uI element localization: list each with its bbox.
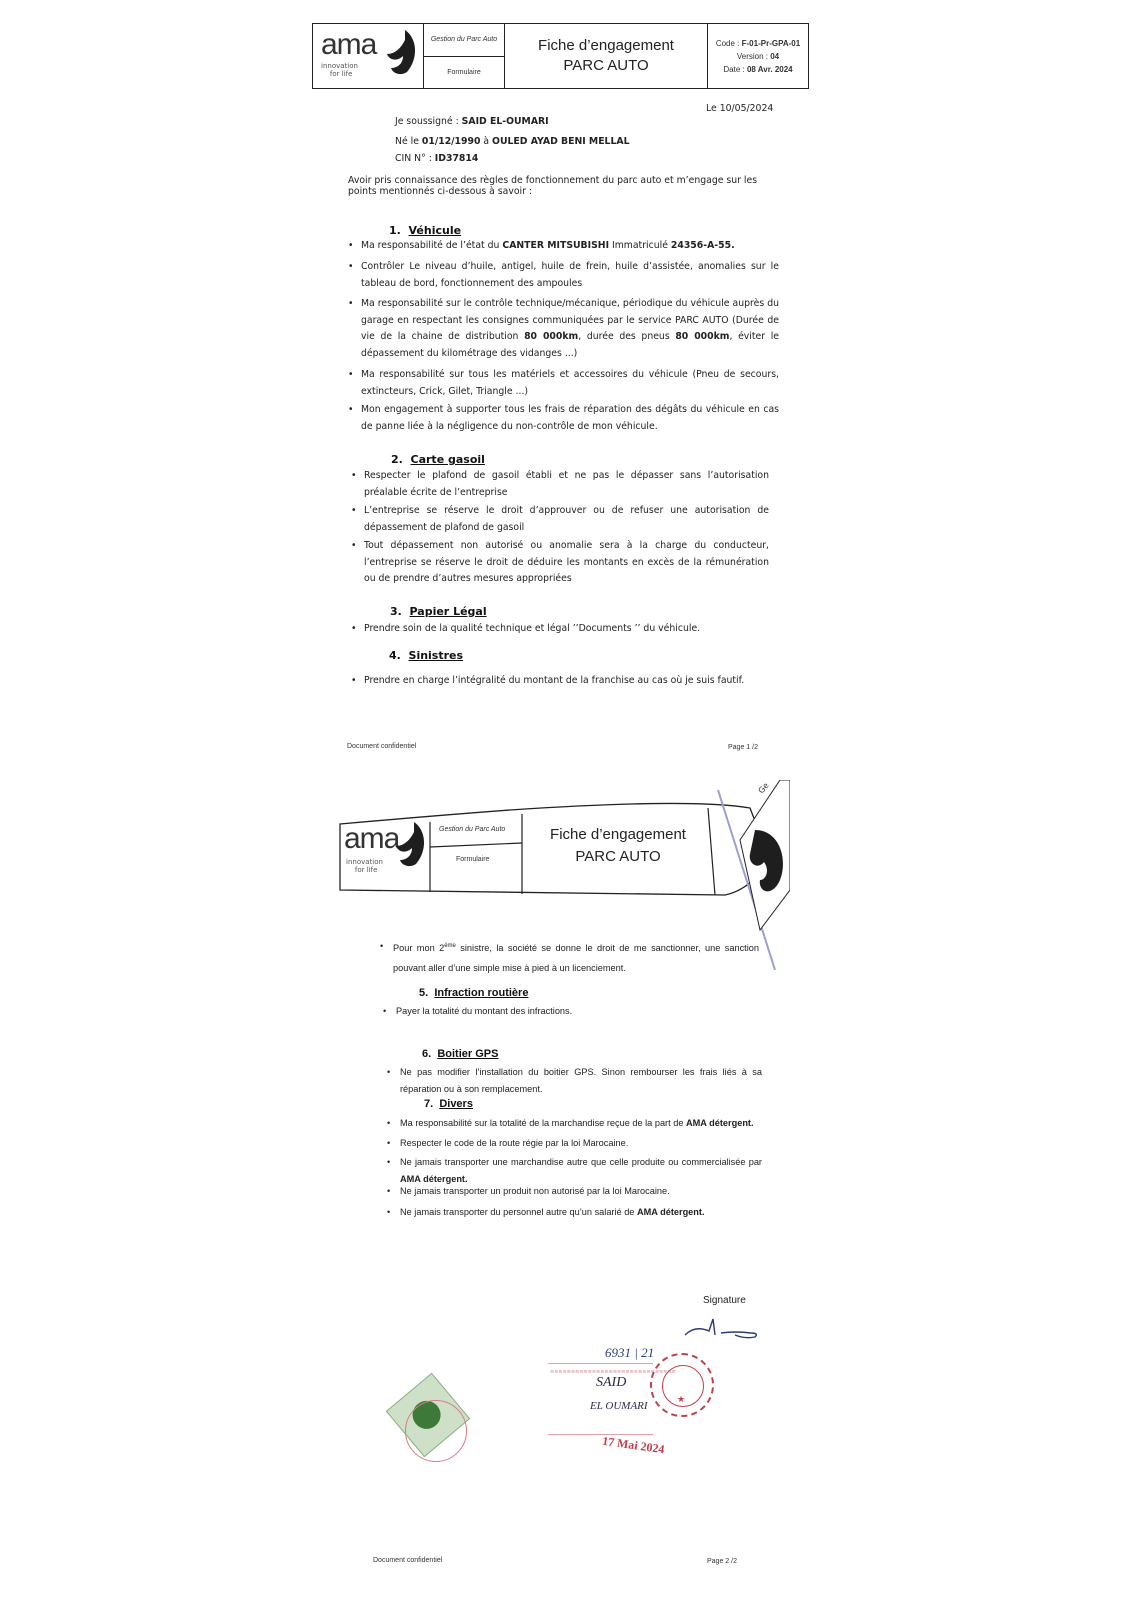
document-title: Fiche d’engagement PARC AUTO bbox=[505, 24, 708, 88]
list-item: •Prendre soin de la qualité technique et… bbox=[364, 621, 774, 638]
department-label: Gestion du Parc Auto bbox=[439, 826, 505, 833]
leaf-logo-icon bbox=[383, 28, 419, 76]
list-item: •Ma responsabilité sur le contrôle techn… bbox=[361, 296, 779, 362]
identity-birth: Né le 01/12/1990 à OULED AYAD BENI MELLA… bbox=[395, 134, 630, 150]
section-heading: 6. Boitier GPS bbox=[422, 1048, 498, 1060]
footer-page-number: Page 2 /2 bbox=[707, 1558, 737, 1565]
list-item: •Ne jamais transporter du personnel autr… bbox=[400, 1204, 762, 1221]
official-round-seal: ★ bbox=[650, 1353, 714, 1417]
department-label: Gestion du Parc Auto bbox=[424, 24, 504, 57]
document-meta: Code : F-01-Pr-GPA-01 Version : 04 Date … bbox=[708, 24, 808, 88]
logo-tagline: innovation for life bbox=[321, 62, 358, 78]
list-item: •Mon engagement à supporter tous les fra… bbox=[361, 402, 779, 435]
list-item: •Ma responsabilité de l’état du CANTER M… bbox=[361, 238, 779, 255]
form-type-label: Formulaire bbox=[456, 856, 489, 863]
letter-date: Le 10/05/2024 bbox=[706, 101, 773, 117]
leaf-logo-icon bbox=[392, 818, 428, 870]
stamp-date: 17 Mai 2024 bbox=[601, 1434, 665, 1458]
signature-label: Signature bbox=[703, 1295, 746, 1306]
list-item: •Payer la totalité du montant des infrac… bbox=[396, 1003, 776, 1020]
red-round-seal bbox=[405, 1400, 467, 1462]
section-heading: 7. Divers bbox=[424, 1098, 473, 1110]
identity-cin: CIN N° : ID37814 bbox=[395, 151, 478, 167]
intro-paragraph: Avoir pris connaissance des règles de fo… bbox=[348, 175, 778, 197]
stamp-last-name: EL OUMARI bbox=[590, 1400, 648, 1412]
list-item: •Ma responsabilité sur tous les matériel… bbox=[361, 367, 779, 400]
logo-wordmark: ama bbox=[321, 28, 376, 62]
section-heading: 3. Papier Légal bbox=[390, 605, 487, 618]
section-heading: 2. Carte gasoil bbox=[391, 453, 485, 466]
section-heading: 5. Infraction routière bbox=[419, 987, 528, 999]
list-item: •Ne pas modifier l’installation du boiti… bbox=[400, 1064, 762, 1097]
section-heading: 4. Sinistres bbox=[389, 649, 463, 662]
list-item: •Contrôler Le niveau d’huile, antigel, h… bbox=[361, 259, 779, 292]
signature-scribble bbox=[675, 1315, 765, 1345]
continuation-bullet: •Pour mon 2ème sinistre, la société se d… bbox=[393, 936, 759, 978]
list-item: •Ne jamais transporter un produit non au… bbox=[400, 1183, 762, 1200]
document-page-1: ama innovation for life Gestion du Parc … bbox=[0, 0, 1131, 780]
list-item: •Ma responsabilité sur la totalité de la… bbox=[400, 1115, 762, 1132]
footer-page-number: Page 1 /2 bbox=[728, 744, 758, 751]
stamp-reference: 6931 | 21 bbox=[605, 1345, 654, 1361]
legalization-stamp: 6931 | 21 ≋≋≋≋≋≋≋≋≋≋≋≋≋≋≋≋≋≋≋≋≋≋≋≋≋≋≋≋≋≋… bbox=[540, 1345, 720, 1460]
footer-confidential: Document confidentiel bbox=[373, 1557, 442, 1564]
list-item: •L’entreprise se réserve le droit d’appr… bbox=[364, 503, 769, 536]
footer-confidential: Document confidentiel bbox=[347, 743, 416, 750]
logo-tagline: innovation for life bbox=[346, 858, 383, 874]
svg-text:Ge: Ge bbox=[757, 781, 771, 795]
company-logo: ama innovation for life bbox=[313, 24, 424, 88]
list-item: •Respecter le plafond de gasoil établi e… bbox=[364, 468, 769, 501]
document-header: ama innovation for life Gestion du Parc … bbox=[312, 23, 809, 89]
list-item: •Prendre en charge l’intégralité du mont… bbox=[364, 673, 774, 690]
form-type-label: Formulaire bbox=[424, 57, 504, 89]
list-item: •Respecter le code de la route régie par… bbox=[400, 1135, 762, 1152]
document-page-2: ama innovation for life Gestion du Parc … bbox=[0, 780, 1131, 1599]
document-title: Fiche d’engagementPARC AUTO bbox=[548, 824, 688, 868]
identity-name: Je soussigné : SAID EL-OUMARI bbox=[395, 114, 549, 130]
list-item: •Tout dépassement non autorisé ou anomal… bbox=[364, 538, 769, 588]
section-heading: 1. Véhicule bbox=[389, 224, 461, 237]
stamp-first-name: SAID bbox=[596, 1375, 626, 1391]
